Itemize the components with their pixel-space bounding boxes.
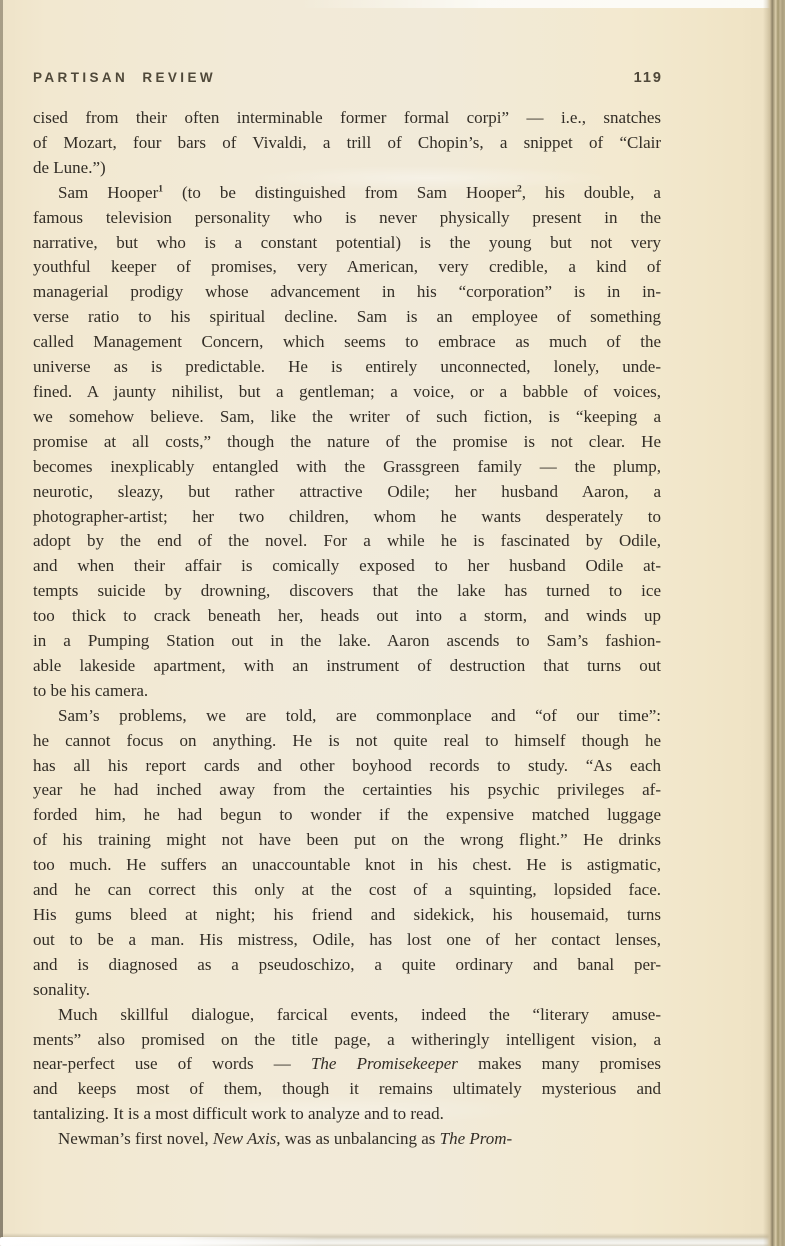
text-line: youthful keeper of promises, very Americ… <box>33 255 661 280</box>
text-line: we somehow believe. Sam, like the writer… <box>33 405 661 430</box>
scan-top-edge <box>0 0 785 8</box>
text-segment: he cannot focus on anything. He is not q… <box>33 731 661 750</box>
text-segment: Newman’s first novel, <box>58 1129 213 1148</box>
text-line: managerial prodigy whose advancement in … <box>33 280 661 305</box>
text-segment: fined. A jaunty nihilist, but a gentlema… <box>33 382 661 401</box>
text-line: and keeps most of them, though it remain… <box>33 1077 661 1102</box>
text-line: too thick to crack beneath her, heads ou… <box>33 604 661 629</box>
text-line: becomes inexplicably entangled with the … <box>33 455 661 480</box>
text-line: forded him, he had begun to wonder if th… <box>33 803 661 828</box>
text-line: promise at all costs,” though the nature… <box>33 430 661 455</box>
text-segment: too thick to crack beneath her, heads ou… <box>33 606 661 625</box>
text-segment: to be his camera. <box>33 681 148 700</box>
text-line: His gums bleed at night; his friend and … <box>33 903 661 928</box>
text-segment: has all his report cards and other boyho… <box>33 756 661 775</box>
text-line: famous television personality who is nev… <box>33 206 661 231</box>
text-line: Sam’s problems, we are told, are commonp… <box>33 704 661 729</box>
text-line: tempts suicide by drowning, discovers th… <box>33 579 661 604</box>
text-segment: year he had inched away from the certain… <box>33 780 661 799</box>
text-line: year he had inched away from the certain… <box>33 778 661 803</box>
text-line: of Mozart, four bars of Vivaldi, a trill… <box>33 131 661 156</box>
text-segment: of Mozart, four bars of Vivaldi, a trill… <box>33 133 661 152</box>
text-segment: we somehow believe. Sam, like the writer… <box>33 407 661 426</box>
text-segment: forded him, he had begun to wonder if th… <box>33 805 661 824</box>
text-segment: Much skillful dialogue, farcical events,… <box>58 1005 661 1024</box>
text-segment: able lakeside apartment, with an instrum… <box>33 656 661 675</box>
page-stack-edge <box>763 0 785 1246</box>
text-segment: Sam Hooper <box>58 183 158 202</box>
text-segment: was as unbalancing as <box>281 1129 440 1148</box>
scanned-book-page: PARTISAN REVIEW 119 cised from their oft… <box>0 0 785 1246</box>
text-line: and is diagnosed as a pseudoschizo, a qu… <box>33 953 661 978</box>
text-line: has all his report cards and other boyho… <box>33 754 661 779</box>
text-line: near-perfect use of words — The Promisek… <box>33 1052 661 1077</box>
text-segment: ments” also promised on the title page, … <box>33 1030 661 1049</box>
text-segment: makes many promises <box>458 1054 661 1073</box>
text-segment: His gums bleed at night; his friend and … <box>33 905 661 924</box>
text-line: verse ratio to his spiritual decline. Sa… <box>33 305 661 330</box>
text-segment: narrative, but who is a constant potenti… <box>33 233 661 252</box>
text-line: cised from their often interminable form… <box>33 106 661 131</box>
text-segment: adopt by the end of the novel. For a whi… <box>33 531 661 550</box>
text-segment: New Axis, <box>213 1129 281 1148</box>
text-line: de Lune.”) <box>33 156 661 181</box>
text-segment: verse ratio to his spiritual decline. Sa… <box>33 307 661 326</box>
body-text: cised from their often interminable form… <box>33 106 661 1152</box>
text-line: and he can correct this only at the cost… <box>33 878 661 903</box>
text-line: universe as is predictable. He is entire… <box>33 355 661 380</box>
text-segment: photographer-artist; her two children, w… <box>33 507 661 526</box>
text-segment: sonality. <box>33 980 90 999</box>
text-line: tantalizing. It is a most difficult work… <box>33 1102 661 1127</box>
scan-bottom-highlight <box>0 1237 320 1246</box>
text-line: to be his camera. <box>33 679 661 704</box>
text-segment: The Prom- <box>440 1129 513 1148</box>
text-line: he cannot focus on anything. He is not q… <box>33 729 661 754</box>
text-segment: near-perfect use of words — <box>33 1054 311 1073</box>
text-segment: out to be a man. His mistress, Odile, ha… <box>33 930 661 949</box>
text-segment: The Promisekeeper <box>311 1054 458 1073</box>
running-header: PARTISAN REVIEW 119 <box>33 70 663 86</box>
text-segment: (to be distinguished from Sam Hooper <box>163 183 517 202</box>
text-line: photographer-artist; her two children, w… <box>33 505 661 530</box>
text-segment: tempts suicide by drowning, discovers th… <box>33 581 661 600</box>
journal-title: PARTISAN REVIEW <box>33 70 216 85</box>
text-line: able lakeside apartment, with an instrum… <box>33 654 661 679</box>
text-segment: called Management Concern, which seems t… <box>33 332 661 351</box>
text-line: and when their affair is comically expos… <box>33 554 661 579</box>
text-segment: famous television personality who is nev… <box>33 208 661 227</box>
text-line: of his training might not have been put … <box>33 828 661 853</box>
text-segment: youthful keeper of promises, very Americ… <box>33 257 661 276</box>
text-segment: becomes inexplicably entangled with the … <box>33 457 661 476</box>
text-segment: and he can correct this only at the cost… <box>33 880 661 899</box>
text-line: Newman’s first novel, New Axis, was as u… <box>33 1127 661 1152</box>
text-segment: too much. He suffers an unaccountable kn… <box>33 855 661 874</box>
text-segment: managerial prodigy whose advancement in … <box>33 282 661 301</box>
text-line: fined. A jaunty nihilist, but a gentlema… <box>33 380 661 405</box>
text-segment: and when their affair is comically expos… <box>33 556 661 575</box>
scan-left-edge <box>0 0 3 1246</box>
text-line: out to be a man. His mistress, Odile, ha… <box>33 928 661 953</box>
text-segment: Sam’s problems, we are told, are commonp… <box>58 706 661 725</box>
text-segment: de Lune.”) <box>33 158 106 177</box>
text-segment: tantalizing. It is a most difficult work… <box>33 1104 444 1123</box>
text-segment: cised from their often interminable form… <box>33 108 661 127</box>
page-number: 119 <box>634 70 663 86</box>
text-segment: of his training might not have been put … <box>33 830 661 849</box>
text-line: narrative, but who is a constant potenti… <box>33 231 661 256</box>
text-line: adopt by the end of the novel. For a whi… <box>33 529 661 554</box>
text-line: Sam Hooper1 (to be distinguished from Sa… <box>33 181 661 206</box>
text-segment: in a Pumping Station out in the lake. Aa… <box>33 631 661 650</box>
text-segment: , his double, a <box>522 183 661 202</box>
text-line: called Management Concern, which seems t… <box>33 330 661 355</box>
text-line: neurotic, sleazy, but rather attractive … <box>33 480 661 505</box>
text-segment: promise at all costs,” though the nature… <box>33 432 661 451</box>
text-line: sonality. <box>33 978 661 1003</box>
text-line: ments” also promised on the title page, … <box>33 1028 661 1053</box>
text-line: in a Pumping Station out in the lake. Aa… <box>33 629 661 654</box>
text-segment: universe as is predictable. He is entire… <box>33 357 661 376</box>
text-line: Much skillful dialogue, farcical events,… <box>33 1003 661 1028</box>
text-segment: and is diagnosed as a pseudoschizo, a qu… <box>33 955 661 974</box>
text-line: too much. He suffers an unaccountable kn… <box>33 853 661 878</box>
text-segment: and keeps most of them, though it remain… <box>33 1079 661 1098</box>
text-segment: neurotic, sleazy, but rather attractive … <box>33 482 661 501</box>
